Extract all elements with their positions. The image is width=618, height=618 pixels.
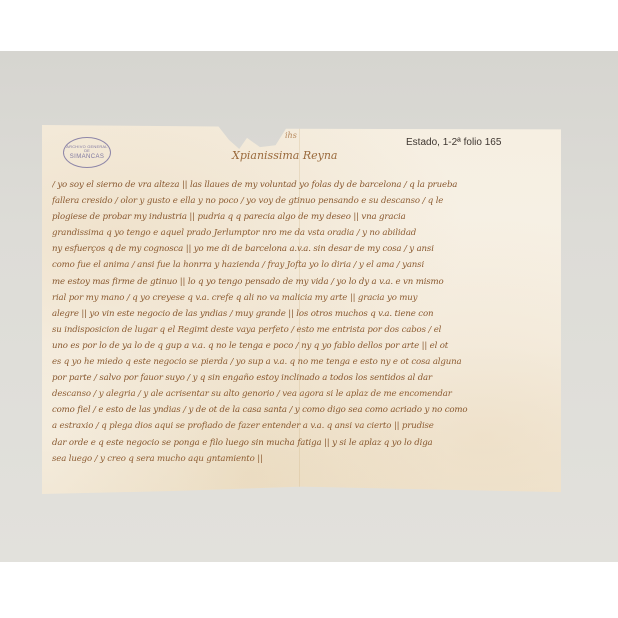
text-line: dar orde e q este negocio se ponga e fil… xyxy=(52,435,557,451)
invocation-mark: ihs xyxy=(285,131,297,140)
stamp-line-2: DE xyxy=(64,149,110,153)
text-line: a estraxio / q plega dios aqui se profia… xyxy=(52,418,557,434)
text-line: como fiel / e esto de las yndias / y de … xyxy=(52,402,557,418)
archive-stamp: ARCHIVO GENERAL DE SIMANCAS xyxy=(63,137,111,168)
text-line: por parte / salvo por fauor suyo / y q s… xyxy=(52,370,557,386)
text-line: es q yo he miedo q este negocio se pierd… xyxy=(52,354,557,370)
text-line: rial por my mano / q yo creyese q v.a. c… xyxy=(52,290,557,306)
salutation-heading: Xpianissima Reyna xyxy=(232,149,338,162)
text-line: me estoy mas firme de gtinuo || lo q yo … xyxy=(52,274,557,290)
text-line: grandissima q yo tengo e aquel prado Jer… xyxy=(52,225,557,241)
text-line: descanso / y alegria / y ale acrisentar … xyxy=(52,386,557,402)
text-line: ny esfuerços q de my cognosca || yo me d… xyxy=(52,241,557,257)
text-line: alegre || yo vin este negocio de las ynd… xyxy=(52,306,557,322)
text-line: su indisposicion de lugar q el Regimt de… xyxy=(52,322,557,338)
letter-body: / yo soy el sierno de vra alteza || las … xyxy=(52,177,557,467)
stamp-line-3: SIMANCAS xyxy=(64,154,110,160)
text-line: fallera cresido / olor y gusto e ella y … xyxy=(52,193,557,209)
text-line: plogiese de probar my industria || pudri… xyxy=(52,209,557,225)
text-line: / yo soy el sierno de vra alteza || las … xyxy=(52,177,557,193)
text-line: uno es por lo de ya lo de q gup a v.a. q… xyxy=(52,338,557,354)
text-line: como fue el anima / ansi fue la honrra y… xyxy=(52,257,557,273)
text-line: sea luego / y creo q sera mucho aqu gnta… xyxy=(52,451,557,467)
archive-reference: Estado, 1-2ª folio 165 xyxy=(406,137,501,148)
manuscript-letter: ARCHIVO GENERAL DE SIMANCAS ihs Xpianiss… xyxy=(42,125,561,494)
